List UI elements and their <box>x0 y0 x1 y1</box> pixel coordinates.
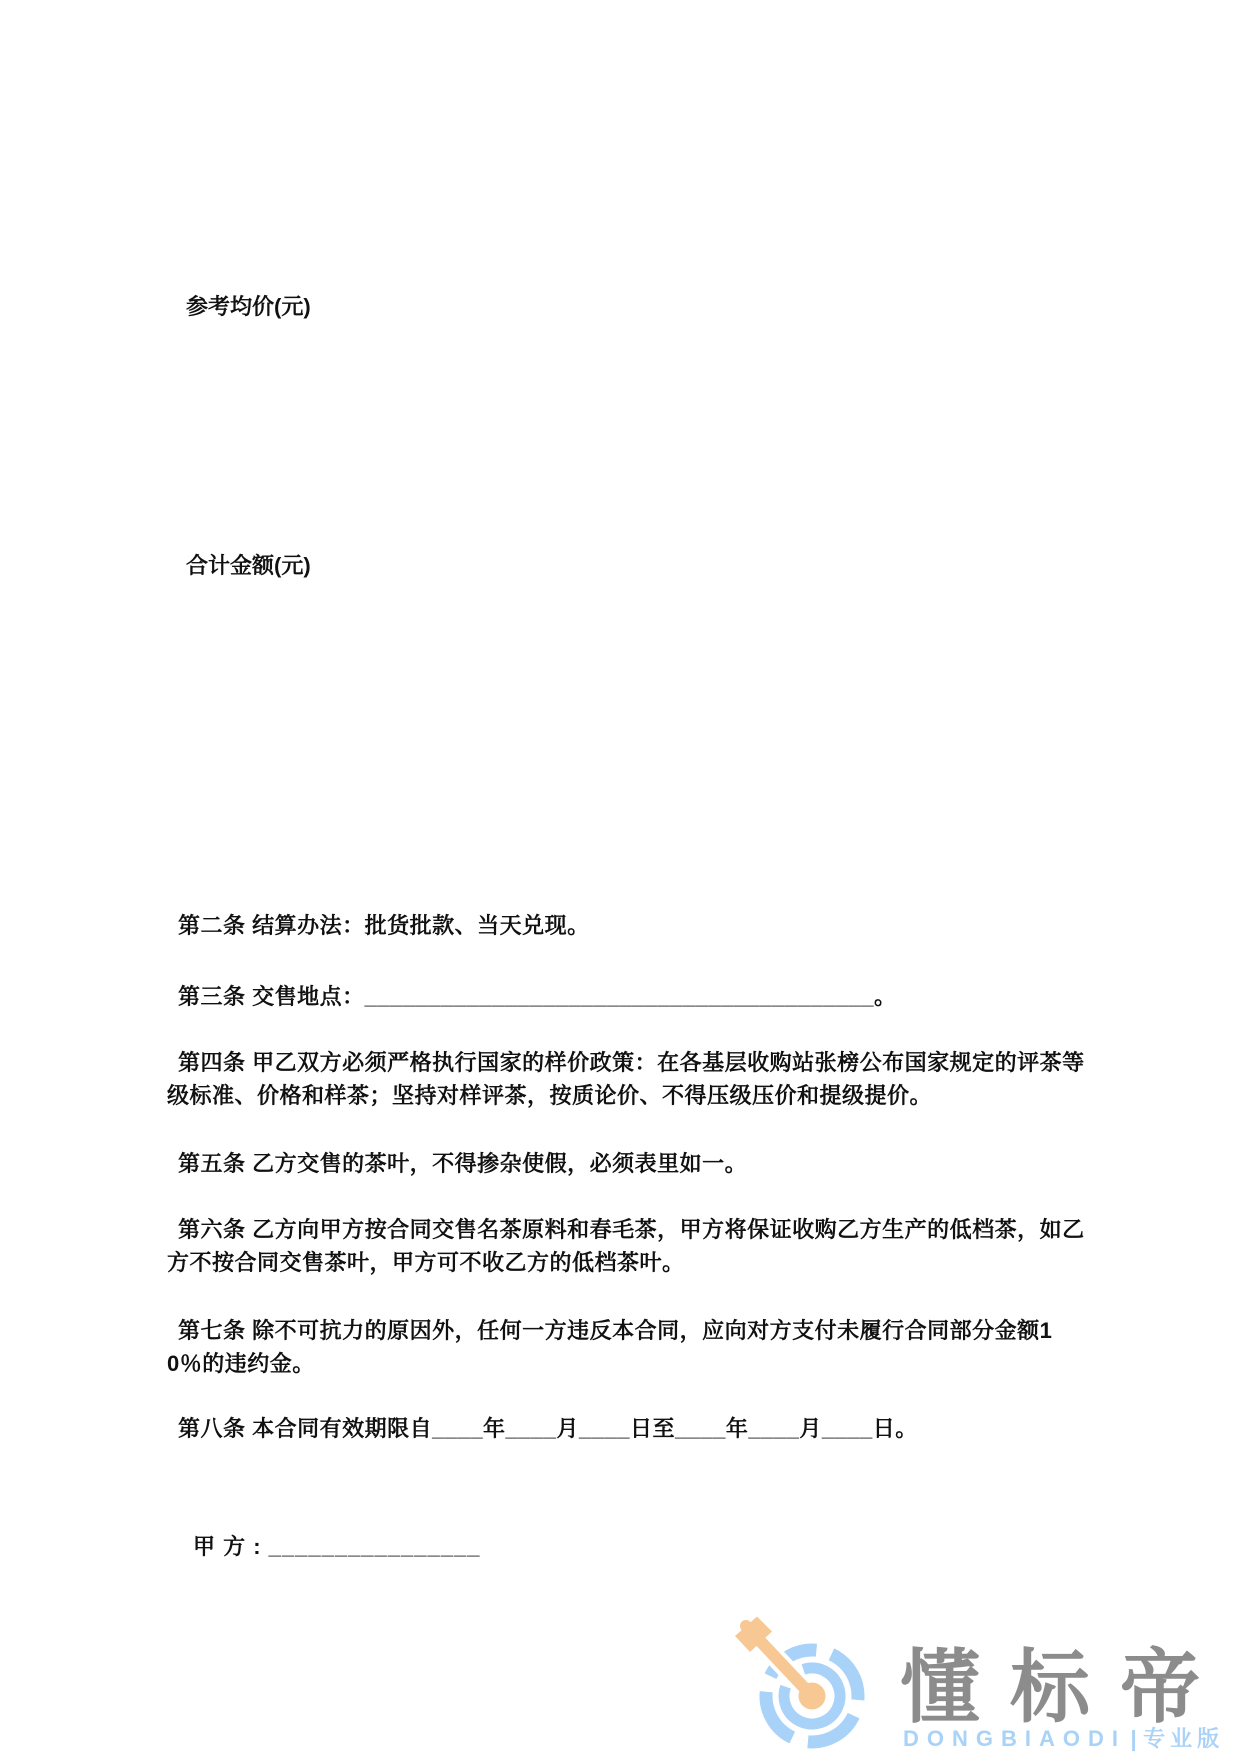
watermark-separator: | <box>1130 1726 1138 1751</box>
target-arrow-logo-icon <box>728 1616 874 1754</box>
party-a-signature-line: 甲 方 : ________________ <box>167 1530 1085 1563</box>
clause-breach-penalty: 第七条 除不可抗力的原因外，任何一方违反本合同，应向对方支付未履行合同部分金额1… <box>167 1314 1085 1380</box>
total-amount-label: 合计金额(元) <box>186 553 311 579</box>
clause-quality: 第五条 乙方交售的茶叶，不得掺杂使假，必须表里如一。 <box>167 1147 1085 1180</box>
clause-purchase-guarantee: 第六条 乙方向甲方按合同交售名茶原料和春毛茶，甲方将保证收购乙方生产的低档茶，如… <box>167 1213 1085 1279</box>
clause-price-policy: 第四条 甲乙双方必须严格执行国家的样价政策：在各基层收购站张榜公布国家规定的评茶… <box>167 1046 1085 1112</box>
watermark-edition-badge: 专业版 <box>1143 1726 1224 1751</box>
clause-validity-period: 第八条 本合同有效期限自____年____月____日至____年____月__… <box>167 1412 1085 1445</box>
clause-delivery-place: 第三条 交售地点：_______________________________… <box>167 980 1085 1013</box>
clause-settlement: 第二条 结算办法：批货批款、当天兑现。 <box>167 909 1085 942</box>
watermark: 懂标帝 DONGBIAODI | 专业版 <box>0 0 1241 1754</box>
avg-price-label: 参考均价(元) <box>186 294 311 320</box>
watermark-brand-latin: DONGBIAODI <box>903 1726 1126 1751</box>
contract-page: 参考均价(元) 合计金额(元) 第二条 结算办法：批货批款、当天兑现。 第三条 … <box>0 0 1241 1754</box>
watermark-subtitle: DONGBIAODI | 专业版 <box>903 1726 1224 1754</box>
watermark-brand-cn: 懂标帝 <box>900 1646 1230 1730</box>
